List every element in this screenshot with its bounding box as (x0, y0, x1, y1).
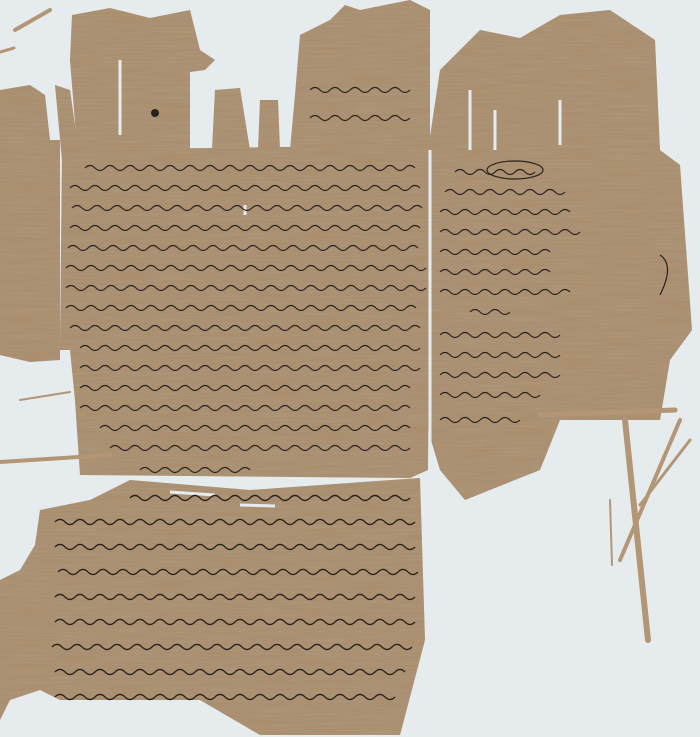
papyrus-photograph: ΤΟΝΟΝΟΥΣ ΚΑΝΝΟΝΟΝΚΑ ΙCΟΤΟC (0, 0, 700, 737)
ink-blot (151, 109, 159, 117)
papyrus-body (0, 0, 692, 735)
papyrus-fragment (0, 0, 700, 737)
